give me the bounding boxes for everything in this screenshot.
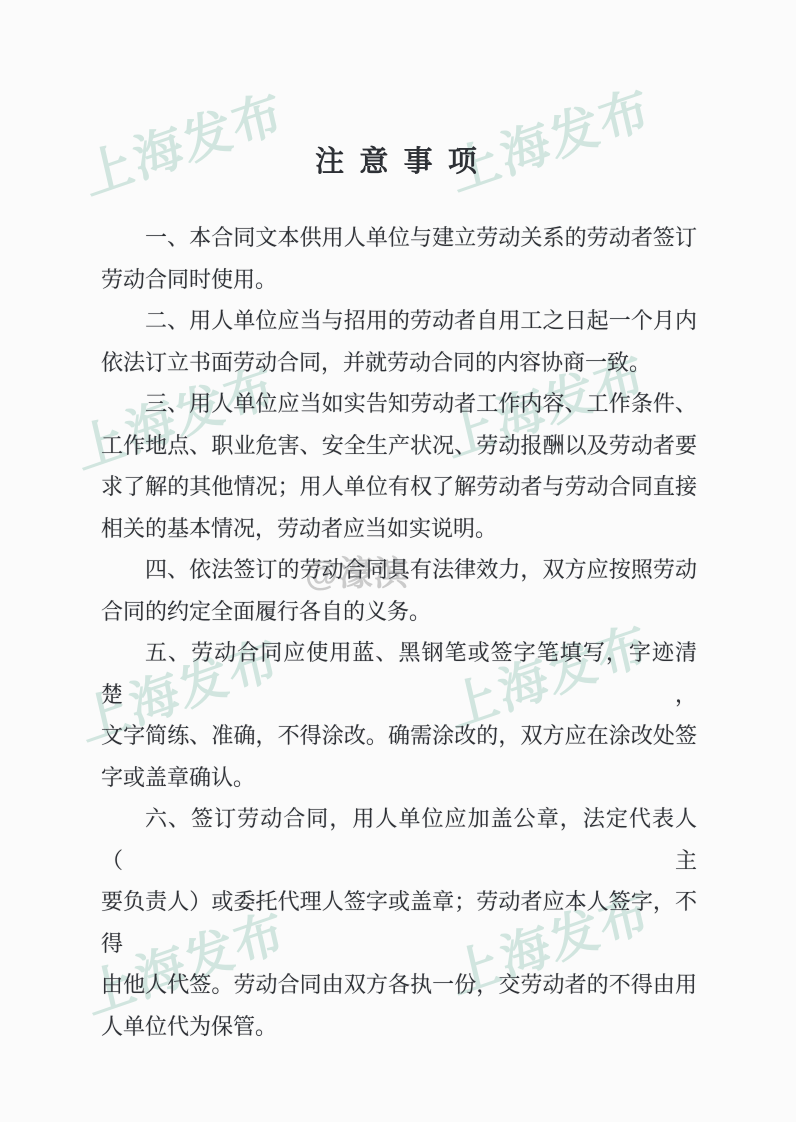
page-title: 注 意 事 项 <box>0 139 796 180</box>
text-line: 二、用人单位应当与招用的劳动者自用工之日起一个月内 <box>101 300 697 342</box>
text-line: 劳动合同时使用。 <box>101 259 697 301</box>
text-line: 求了解的其他情况；用人单位有权了解劳动者与劳动合同直接 <box>101 466 697 508</box>
notice-paragraph: 五、劳动合同应使用蓝、黑钢笔或签字笔填写，字迹清楚，文字简练、准确，不得涂改。确… <box>101 632 697 798</box>
notice-paragraph: 二、用人单位应当与招用的劳动者自用工之日起一个月内依法订立书面劳动合同，并就劳动… <box>101 300 697 383</box>
text-line: 六、签订劳动合同，用人单位应加盖公章，法定代表人（主 <box>101 798 697 881</box>
text-line: 字或盖章确认。 <box>101 757 697 799</box>
text-line: 人单位代为保管。 <box>101 1006 697 1048</box>
notice-paragraph: 四、依法签订的劳动合同具有法律效力，双方应按照劳动合同的约定全面履行各自的义务。 <box>101 549 697 632</box>
text-line: 四、依法签订的劳动合同具有法律效力，双方应按照劳动 <box>101 549 697 591</box>
text-line: 一、本合同文本供用人单位与建立劳动关系的劳动者签订 <box>101 217 697 259</box>
text-line: 依法订立书面劳动合同，并就劳动合同的内容协商一致。 <box>101 342 697 384</box>
text-line: 五、劳动合同应使用蓝、黑钢笔或签字笔填写，字迹清楚， <box>101 632 697 715</box>
text-line: 三、用人单位应当如实告知劳动者工作内容、工作条件、 <box>101 383 697 425</box>
document-content: 注 意 事 项 一、本合同文本供用人单位与建立劳动关系的劳动者签订劳动合同时使用… <box>0 0 796 1122</box>
text-line: 工作地点、职业危害、安全生产状况、劳动报酬以及劳动者要 <box>101 425 697 467</box>
text-line: 文字简练、准确，不得涂改。确需涂改的，双方应在涂改处签 <box>101 715 697 757</box>
notice-paragraph: 三、用人单位应当如实告知劳动者工作内容、工作条件、工作地点、职业危害、安全生产状… <box>101 383 697 549</box>
text-line: 由他人代签。劳动合同由双方各执一份，交劳动者的不得由用 <box>101 964 697 1006</box>
text-line: 要负责人）或委托代理人签字或盖章；劳动者应本人签字，不得 <box>101 881 697 964</box>
notice-body: 一、本合同文本供用人单位与建立劳动关系的劳动者签订劳动合同时使用。二、用人单位应… <box>101 217 697 1047</box>
text-line: 合同的约定全面履行各自的义务。 <box>101 591 697 633</box>
text-line: 相关的基本情况，劳动者应当如实说明。 <box>101 508 697 550</box>
document-page: @濠滨 上海发布上海发布上海发布上海发布上海发布上海发布上海发布上海发布上海发布… <box>0 0 796 1122</box>
notice-paragraph: 一、本合同文本供用人单位与建立劳动关系的劳动者签订劳动合同时使用。 <box>101 217 697 300</box>
notice-paragraph: 六、签订劳动合同，用人单位应加盖公章，法定代表人（主要负责人）或委托代理人签字或… <box>101 798 697 1047</box>
